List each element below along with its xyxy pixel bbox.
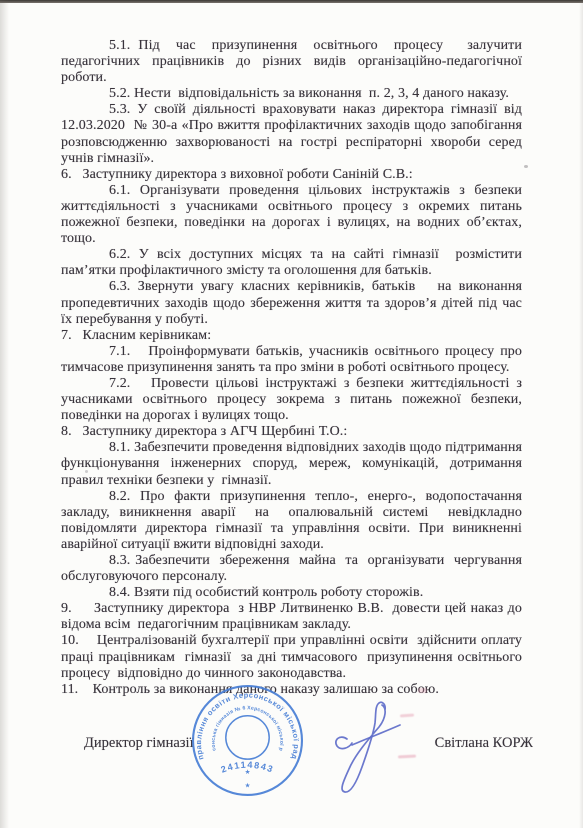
stamp-star-inner-icon: ★: [245, 769, 251, 776]
paragraph-7-1: 7.1. Проінформувати батьків, учасників о…: [61, 344, 522, 376]
scan-edge-right: [579, 0, 583, 828]
paragraph-5-1: 5.1. Під час призупинення освітнього про…: [61, 38, 522, 86]
paragraph-7: 7. Класним керівникам:: [61, 328, 522, 344]
round-seal-stamp: Управління освіти Херсонської міської ра…: [189, 682, 306, 799]
paragraph-9: 9. Заступнику директора з НВР Литвиненко…: [61, 601, 522, 633]
paragraph-6-1: 6.1. Організувати проведення цільових ін…: [61, 183, 522, 247]
paragraph-5-3: 5.3. У своїй діяльності враховувати нака…: [61, 102, 522, 166]
scan-speck: [85, 470, 88, 473]
scan-ink-smudge: [418, 688, 427, 693]
paragraph-8-1: 8.1. Забезпечити проведення відповідних …: [61, 440, 522, 488]
paragraph-8-3: 8.3. Забезпечити збереження майна та орг…: [61, 553, 522, 585]
signer-position-title: Директор гімназії: [84, 735, 194, 752]
stamp-outer-ring-text: Управління освіти Херсонської міської ра…: [189, 682, 301, 761]
paragraph-6-2: 6.2. У всіх доступних місцях та на сайті…: [61, 247, 522, 279]
scan-edge-left: [0, 0, 9, 828]
paragraph-8-2: 8.2. Про факти призупинення тепло-, енер…: [61, 489, 522, 553]
scan-speck: [524, 165, 528, 168]
svg-text:Управління освіти Херсонської: Управління освіти Херсонської міської ра…: [189, 682, 301, 761]
handwritten-signature: [316, 693, 402, 793]
paragraph-10: 10. Централізованій бухгалтерії при упра…: [61, 633, 522, 681]
document-body: 5.1. Під час призупинення освітнього про…: [61, 38, 522, 698]
paragraph-6: 6. Заступнику директора з виховної робот…: [61, 167, 522, 183]
scanned-document-page: 5.1. Під час призупинення освітнього про…: [0, 0, 583, 828]
scan-edge-top: [0, 0, 583, 3]
stamp-star-outer-icon: ★: [245, 782, 251, 789]
paragraph-8-4: 8.4. Взяти під особистий контроль роботу…: [61, 585, 522, 601]
paragraph-6-3: 6.3. Звернути увагу класних керівників, …: [61, 279, 522, 327]
paragraph-5-2: 5.2. Нести відповідальність за виконання…: [61, 86, 522, 102]
scan-ink-smudge: [400, 714, 414, 718]
paragraph-7-2: 7.2. Провести цільові інструктажі з безп…: [61, 376, 522, 424]
paragraph-8: 8. Заступнику директора з АГЧ Щербині Т.…: [61, 424, 522, 440]
signer-name: Світлана КОРЖ: [435, 735, 533, 752]
